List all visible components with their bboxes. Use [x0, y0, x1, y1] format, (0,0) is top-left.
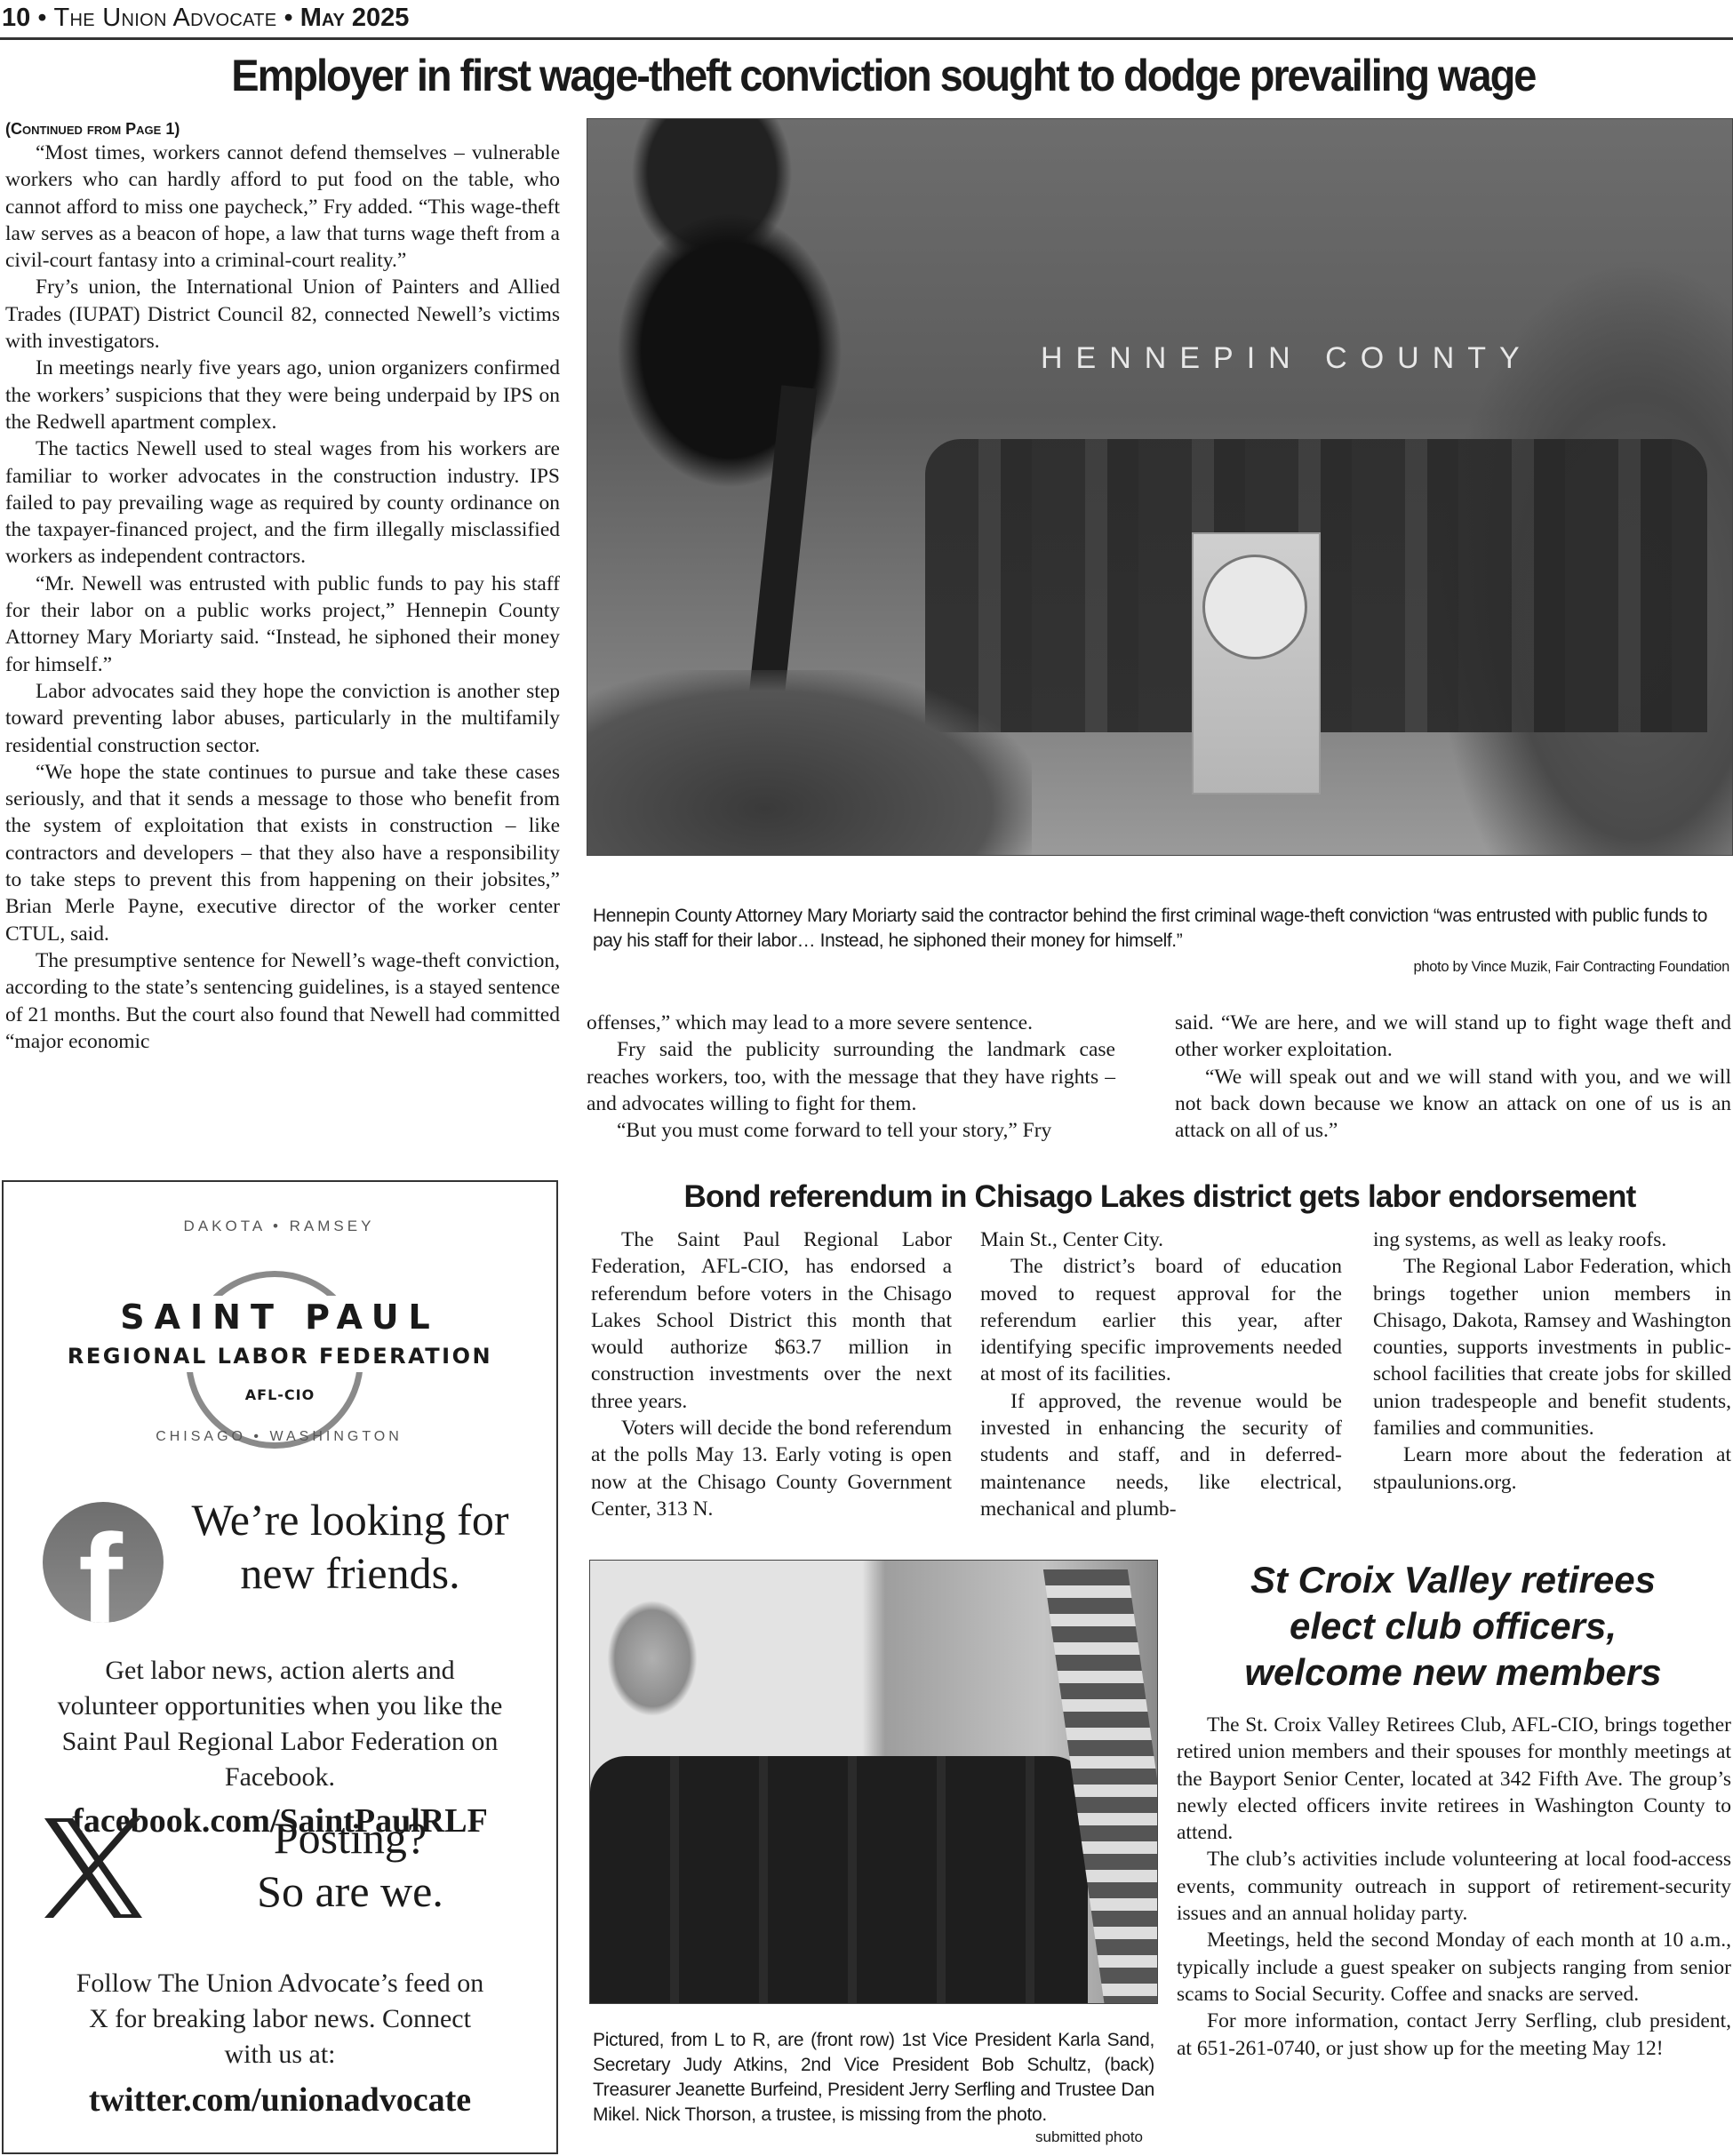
lead-headline: Employer in first wage-theft conviction …	[52, 44, 1681, 107]
headline-line: St Croix Valley retirees	[1173, 1557, 1733, 1603]
retirees-group-photo	[589, 1560, 1158, 2004]
separator-bullet: •	[37, 4, 46, 32]
saint-paul-rlf-logo: DAKOTA • RAMSEY SAINT PAUL REGIONAL LABO…	[4, 1209, 556, 1440]
paragraph: The tactics Newell used to steal wages f…	[5, 435, 560, 570]
paragraph: For more information, contact Jerry Serf…	[1177, 2008, 1731, 2062]
paragraph: ing systems, as well as leaky roofs.	[1373, 1226, 1731, 1253]
paragraph: If approved, the revenue would be invest…	[980, 1388, 1342, 1522]
retirees-story-body: The St. Croix Valley Retirees Club, AFL-…	[1177, 1712, 1731, 2062]
paragraph: In meetings nearly five years ago, union…	[5, 355, 560, 435]
paragraph: “But you must come forward to tell your …	[587, 1117, 1115, 1144]
retirees-photo-credit: submitted photo	[1035, 2128, 1143, 2147]
logo-title-line1: SAINT PAUL	[4, 1298, 556, 1337]
foreground-hand	[587, 670, 1032, 856]
paragraph: Main St., Center City.	[980, 1226, 1342, 1253]
x-headline-line2: So are we.	[181, 1865, 519, 1918]
paragraph: The Regional Labor Federation, which bri…	[1373, 1253, 1731, 1441]
logo-arc-bottom: CHISAGO • WASHINGTON	[146, 1429, 412, 1445]
headline-line: welcome new members	[1173, 1649, 1733, 1696]
facebook-icon: f	[43, 1502, 164, 1623]
facebook-body: Get labor news, action alerts and volunt…	[4, 1653, 556, 1795]
continued-from-label: (Continued from Page 1)	[5, 118, 560, 140]
paragraph: offenses,” which may lead to a more seve…	[587, 1010, 1115, 1036]
logo-affiliation: AFL-CIO	[4, 1386, 556, 1403]
retirees-headline: St Croix Valley retirees elect club offi…	[1173, 1557, 1733, 1696]
lead-story-continuation-col1: offenses,” which may lead to a more seve…	[587, 1010, 1115, 1144]
paragraph: said. “We are here, and we will stand up…	[1175, 1010, 1731, 1064]
separator-bullet: •	[284, 4, 293, 32]
bond-story-col1: The Saint Paul Regional Labor Federation…	[591, 1226, 952, 1522]
lead-story-left-column: (Continued from Page 1) “Most times, wor…	[5, 118, 560, 1055]
retirees-photo-caption: Pictured, from L to R, are (front row) 1…	[593, 2028, 1154, 2128]
page-header: 10 • The Union Advocate • May 2025	[0, 0, 1733, 40]
paragraph: The Saint Paul Regional Labor Federation…	[591, 1226, 952, 1415]
paragraph: Learn more about the federation at stpau…	[1373, 1441, 1731, 1496]
x-headline-line1: Posting?	[181, 1811, 519, 1865]
paragraph: “We will speak out and we will stand wit…	[1175, 1064, 1731, 1145]
county-seal-icon	[1202, 555, 1307, 659]
bond-story-col3: ing systems, as well as leaky roofs. The…	[1373, 1226, 1731, 1496]
paragraph: The presumptive sentence for Newell’s wa…	[5, 947, 560, 1055]
x-body: Follow The Union Advocate’s feed on X fo…	[4, 1966, 556, 2072]
logo-arc-top: DAKOTA • RAMSEY	[181, 1218, 377, 1235]
wall-sign-text: HENNEPIN COUNTY	[1041, 341, 1533, 376]
photo-credit: photo by Vince Muzik, Fair Contracting F…	[1413, 957, 1729, 977]
paragraph: “Mr. Newell was entrusted with public fu…	[5, 571, 560, 678]
logo-title-line2: REGIONAL LABOR FEDERATION	[4, 1344, 556, 1369]
paragraph: Voters will decide the bond referendum a…	[591, 1415, 952, 1522]
x-headline: Posting? So are we.	[181, 1811, 519, 1918]
bond-story-headline: Bond referendum in Chisago Lakes distric…	[587, 1175, 1733, 1219]
paragraph: Fry’s union, the International Union of …	[5, 274, 560, 355]
x-url-link[interactable]: twitter.com/unionadvocate	[4, 2080, 556, 2120]
paragraph: Meetings, held the second Monday of each…	[1177, 1927, 1731, 2008]
paragraph: “We hope the state continues to pursue a…	[5, 759, 560, 947]
paragraph: The St. Croix Valley Retirees Club, AFL-…	[1177, 1712, 1731, 1846]
headline-line: elect club officers,	[1173, 1603, 1733, 1649]
paragraph: “Most times, workers cannot defend thems…	[5, 140, 560, 274]
group-figures	[590, 1756, 1088, 2004]
paragraph: The club’s activities include volunteeri…	[1177, 1846, 1731, 1927]
folio-line: 10 • The Union Advocate • May 2025	[2, 2, 409, 34]
paragraph: The district’s board of education moved …	[980, 1253, 1342, 1387]
page-number: 10	[2, 4, 30, 32]
paragraph: Labor advocates said they hope the convi…	[5, 678, 560, 759]
facebook-headline: We’re looking for new friends.	[172, 1493, 528, 1600]
publication-name: The Union Advocate	[54, 4, 277, 32]
lead-story-continuation-col2: said. “We are here, and we will stand up…	[1175, 1010, 1731, 1144]
x-logo-icon	[44, 1818, 142, 1918]
bond-story-col2: Main St., Center City. The district’s bo…	[980, 1226, 1342, 1522]
social-media-ad: DAKOTA • RAMSEY SAINT PAUL REGIONAL LABO…	[2, 1180, 558, 2154]
press-conference-photo: HENNEPIN COUNTY	[587, 118, 1733, 856]
issue-date: May 2025	[300, 4, 410, 32]
photo-caption: Hennepin County Attorney Mary Moriarty s…	[593, 904, 1730, 954]
paragraph: Fry said the publicity surrounding the l…	[587, 1036, 1115, 1117]
